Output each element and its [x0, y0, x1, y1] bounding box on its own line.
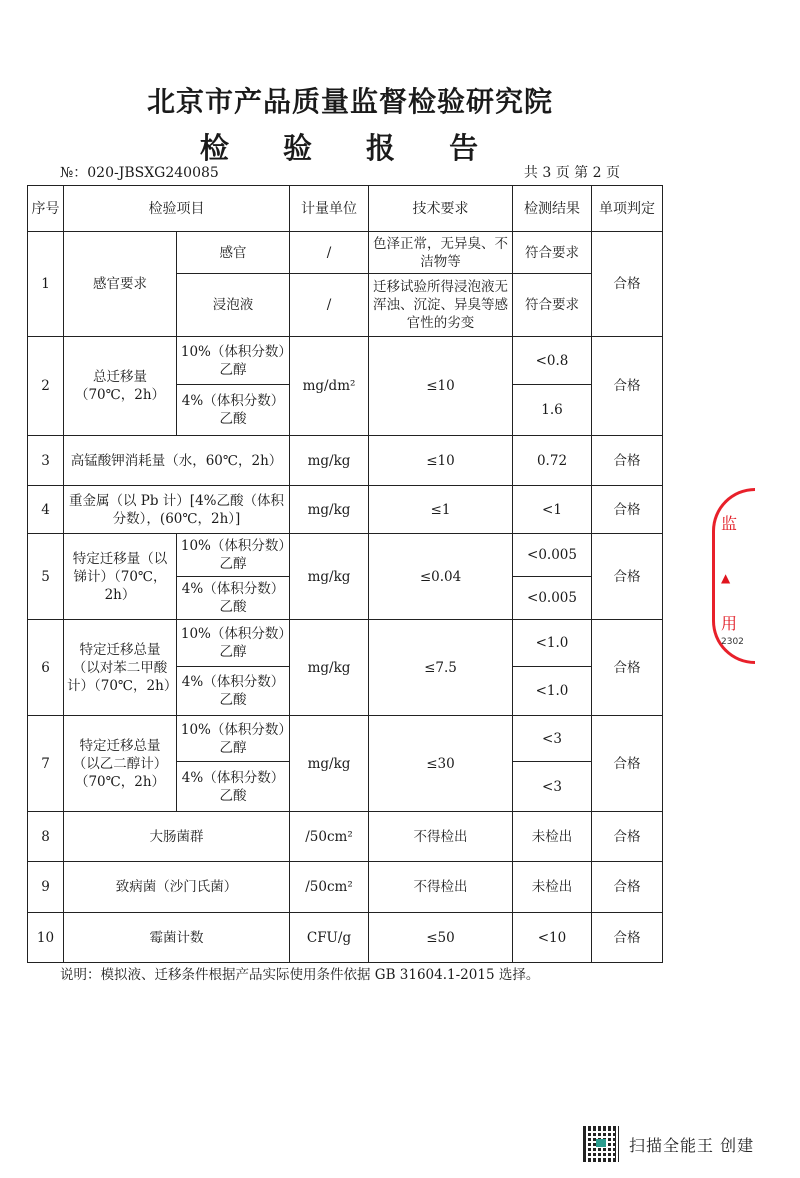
cell-requirement: ≤30: [369, 716, 513, 812]
watermark-text: 扫描全能王 创建: [629, 1133, 754, 1156]
page-info: 共 3 页 第 2 页: [524, 162, 620, 182]
cell-seq: 2: [28, 337, 64, 436]
cell-item: 重金属（以 Pb 计）[4%乙酸（体积分数），(60℃，2h）]: [64, 486, 290, 534]
cell-requirement: ≤0.04: [369, 534, 513, 620]
cell-judgement: 合格: [592, 232, 663, 337]
cell-result: <0.005: [513, 534, 592, 577]
cell-unit: /: [290, 232, 369, 274]
cell-requirement: ≤50: [369, 913, 513, 963]
table-row: 10 霉菌计数 CFU/g ≤50 <10 合格: [28, 913, 663, 963]
cell-requirement: 色泽正常，无异臭、不洁物等: [369, 232, 513, 274]
report-number-value: 020-JBSXG240085: [87, 165, 219, 181]
cell-requirement: 迁移试验所得浸泡液无浑浊、沉淀、异臭等感官性的劣变: [369, 274, 513, 337]
cell-seq: 1: [28, 232, 64, 337]
cell-result: <3: [513, 716, 592, 762]
cell-seq: 10: [28, 913, 64, 963]
seal-star-icon: ▲: [721, 571, 730, 585]
table-row: 3 高锰酸钾消耗量（水，60℃，2h） mg/kg ≤10 0.72 合格: [28, 436, 663, 486]
seal-char: 监: [721, 511, 737, 534]
cell-judgement: 合格: [592, 620, 663, 716]
header-result: 检测结果: [513, 186, 592, 232]
cell-seq: 7: [28, 716, 64, 812]
header-requirement: 技术要求: [369, 186, 513, 232]
report-meta: №：020-JBSXG240085 共 3 页 第 2 页: [60, 162, 620, 182]
cell-requirement: 不得检出: [369, 862, 513, 913]
cell-unit: /50cm²: [290, 812, 369, 862]
table-row: 9 致病菌（沙门氏菌） /50cm² 不得检出 未检出 合格: [28, 862, 663, 913]
cell-requirement: ≤10: [369, 436, 513, 486]
cell-subitem: 10%（体积分数）乙醇: [177, 337, 290, 385]
cell-subitem: 感官: [177, 232, 290, 274]
cell-unit: mg/kg: [290, 534, 369, 620]
header-judgement: 单项判定: [592, 186, 663, 232]
cell-unit: /50cm²: [290, 862, 369, 913]
cell-result: <0.005: [513, 577, 592, 620]
cell-item: 感官要求: [64, 232, 177, 337]
cell-unit: mg/kg: [290, 620, 369, 716]
cell-seq: 8: [28, 812, 64, 862]
cell-result: <1: [513, 486, 592, 534]
official-seal-icon: 监 ▲ 用 2302: [712, 488, 755, 664]
cell-judgement: 合格: [592, 534, 663, 620]
table-row: 6 特定迁移总量（以对苯二甲酸计）（70℃，2h） 10%（体积分数）乙醇 mg…: [28, 620, 663, 667]
cell-unit: mg/kg: [290, 436, 369, 486]
scanner-watermark: 扫描全能王 创建: [583, 1126, 754, 1162]
note-text: 说明：模拟液、迁移条件根据产品实际使用条件依据 GB 31604.1-2015 …: [60, 963, 539, 983]
cell-judgement: 合格: [592, 337, 663, 436]
report-number-label: №：: [60, 165, 87, 181]
cell-seq: 3: [28, 436, 64, 486]
qr-code-icon: [583, 1126, 619, 1162]
cell-result: 1.6: [513, 385, 592, 436]
table-row: 1 感官要求 感官 / 色泽正常，无异臭、不洁物等 符合要求 合格: [28, 232, 663, 274]
cell-result: 0.72: [513, 436, 592, 486]
cell-subitem: 浸泡液: [177, 274, 290, 337]
cell-result: <1.0: [513, 667, 592, 716]
cell-subitem: 10%（体积分数）乙醇: [177, 716, 290, 762]
table-row: 8 大肠菌群 /50cm² 不得检出 未检出 合格: [28, 812, 663, 862]
cell-item: 特定迁移量（以锑计）（70℃，2h）: [64, 534, 177, 620]
table-row: 4 重金属（以 Pb 计）[4%乙酸（体积分数），(60℃，2h）] mg/kg…: [28, 486, 663, 534]
cell-unit: CFU/g: [290, 913, 369, 963]
cell-item: 大肠菌群: [64, 812, 290, 862]
cell-judgement: 合格: [592, 436, 663, 486]
cell-unit: mg/kg: [290, 486, 369, 534]
cell-seq: 5: [28, 534, 64, 620]
table-header-row: 序号 检验项目 计量单位 技术要求 检测结果 单项判定: [28, 186, 663, 232]
document-title: 检 验 报 告: [0, 126, 700, 167]
header-unit: 计量单位: [290, 186, 369, 232]
cell-item: 总迁移量（70℃，2h）: [64, 337, 177, 436]
cell-subitem: 4%（体积分数）乙酸: [177, 762, 290, 812]
cell-judgement: 合格: [592, 486, 663, 534]
cell-item: 高锰酸钾消耗量（水，60℃，2h）: [64, 436, 290, 486]
cell-subitem: 4%（体积分数）乙酸: [177, 385, 290, 436]
cell-item: 致病菌（沙门氏菌）: [64, 862, 290, 913]
cell-subitem: 10%（体积分数）乙醇: [177, 534, 290, 577]
cell-unit: mg/dm²: [290, 337, 369, 436]
header-seq: 序号: [28, 186, 64, 232]
cell-judgement: 合格: [592, 716, 663, 812]
cell-result: 未检出: [513, 812, 592, 862]
report-number: №：020-JBSXG240085: [60, 162, 219, 182]
cell-seq: 6: [28, 620, 64, 716]
cell-item: 特定迁移总量（以对苯二甲酸计）（70℃，2h）: [64, 620, 177, 716]
cell-result: 符合要求: [513, 232, 592, 274]
cell-requirement: ≤1: [369, 486, 513, 534]
table-row: 5 特定迁移量（以锑计）（70℃，2h） 10%（体积分数）乙醇 mg/kg ≤…: [28, 534, 663, 577]
seal-number: 2302: [721, 637, 744, 647]
table-row: 2 总迁移量（70℃，2h） 10%（体积分数）乙醇 mg/dm² ≤10 <0…: [28, 337, 663, 385]
cell-unit: mg/kg: [290, 716, 369, 812]
table-row: 7 特定迁移总量（以乙二醇计）（70℃，2h） 10%（体积分数）乙醇 mg/k…: [28, 716, 663, 762]
cell-requirement: ≤10: [369, 337, 513, 436]
cell-result: 符合要求: [513, 274, 592, 337]
cell-result: <10: [513, 913, 592, 963]
header-item: 检验项目: [64, 186, 290, 232]
cell-item: 霉菌计数: [64, 913, 290, 963]
cell-result: <0.8: [513, 337, 592, 385]
cell-subitem: 4%（体积分数）乙酸: [177, 667, 290, 716]
cell-result: <1.0: [513, 620, 592, 667]
cell-judgement: 合格: [592, 862, 663, 913]
cell-requirement: 不得检出: [369, 812, 513, 862]
cell-judgement: 合格: [592, 913, 663, 963]
organization-name: 北京市产品质量监督检验研究院: [0, 80, 700, 120]
cell-result: <3: [513, 762, 592, 812]
cell-seq: 4: [28, 486, 64, 534]
cell-unit: /: [290, 274, 369, 337]
cell-subitem: 4%（体积分数）乙酸: [177, 577, 290, 620]
cell-seq: 9: [28, 862, 64, 913]
cell-subitem: 10%（体积分数）乙醇: [177, 620, 290, 667]
cell-judgement: 合格: [592, 812, 663, 862]
cell-requirement: ≤7.5: [369, 620, 513, 716]
cell-item: 特定迁移总量（以乙二醇计）（70℃，2h）: [64, 716, 177, 812]
seal-char: 用: [721, 611, 737, 634]
inspection-table: 序号 检验项目 计量单位 技术要求 检测结果 单项判定 1 感官要求 感官 / …: [27, 185, 663, 963]
cell-result: 未检出: [513, 862, 592, 913]
